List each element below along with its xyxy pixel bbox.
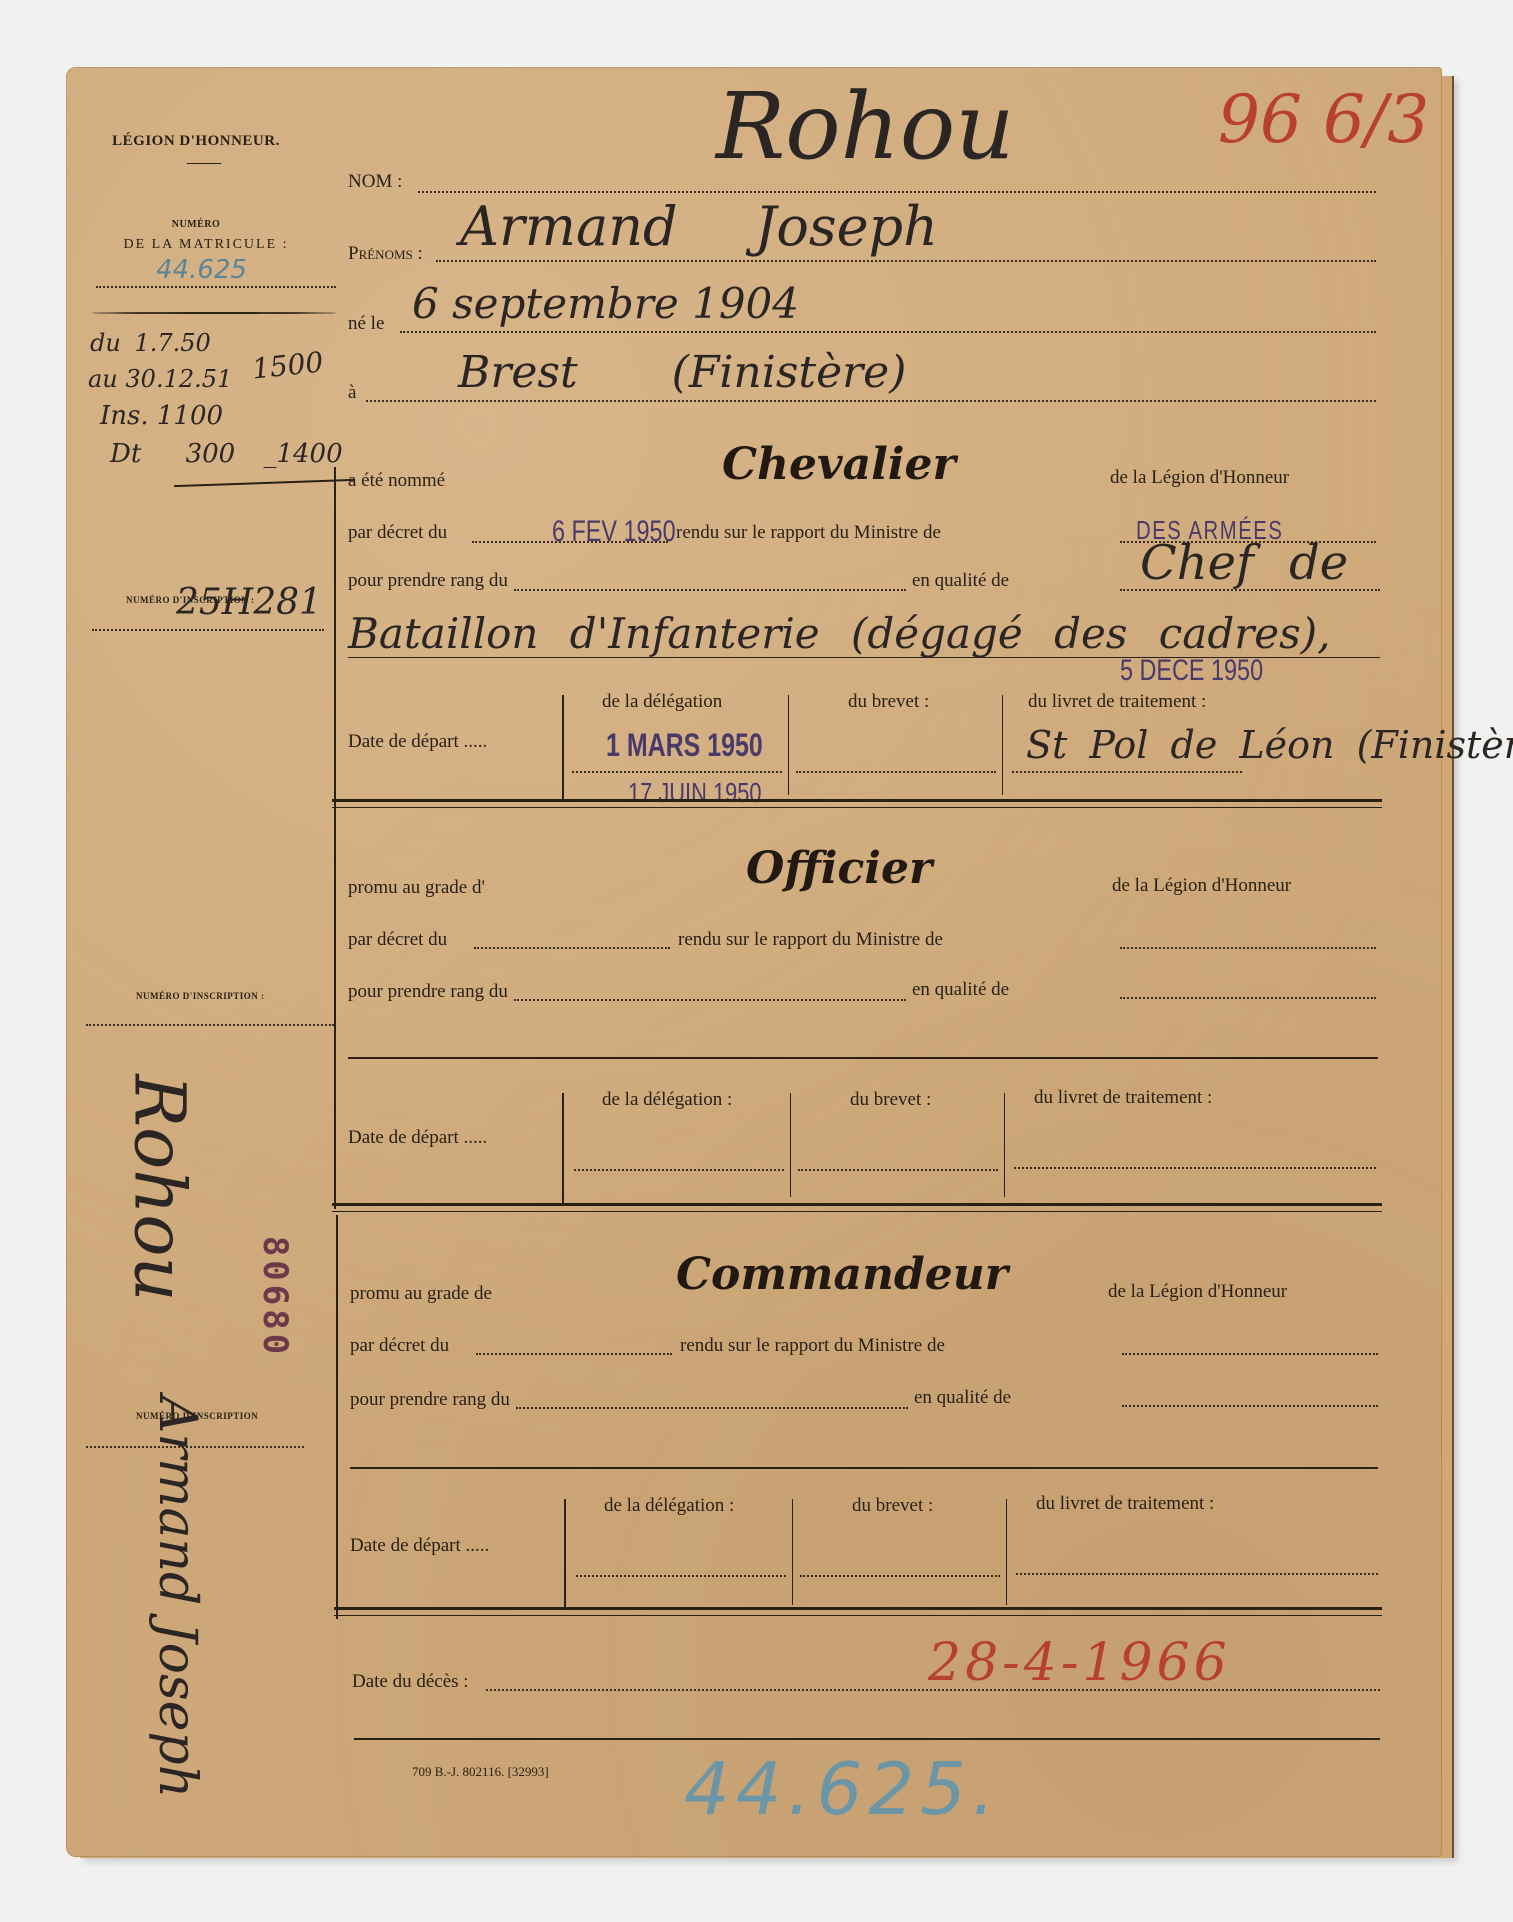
officier-rang-field[interactable] — [514, 999, 906, 1001]
chevalier-brevet-line — [796, 771, 996, 773]
vertical-surname: Rohou — [119, 1074, 201, 1301]
chevalier-section-rule — [332, 799, 1382, 808]
officier-grade-title: Officier — [746, 843, 932, 894]
chevalier-livret-label: du livret de traitement : — [1028, 691, 1206, 713]
chevalier-delegation-value: 1 MARS 1950 — [606, 727, 763, 764]
chevalier-qualite-label: en qualité de — [912, 570, 1009, 592]
officier-col-divider-2 — [1004, 1093, 1005, 1197]
header-rule — [187, 163, 221, 164]
chevalier-brevet-label: du brevet : — [848, 691, 929, 713]
chevalier-livret-line — [1012, 771, 1242, 773]
officier-section-rule — [332, 1203, 1382, 1212]
left-header-title: LÉGION D'HONNEUR. — [106, 133, 286, 150]
print-code: 709 B.-J. 802116. [32993] — [412, 1764, 549, 1780]
pension-note-line3: Ins. 1100 — [100, 401, 223, 431]
deces-label: Date du décès : — [352, 1671, 469, 1693]
commandeur-livret-field[interactable] — [1016, 1573, 1378, 1575]
matricule-line — [96, 286, 336, 288]
chevalier-bracket — [334, 467, 336, 819]
pension-note-line2-date: 30.12.51 — [125, 365, 232, 393]
chevalier-rang-label: pour prendre rang du — [348, 570, 508, 592]
chevalier-col-divider-2 — [1002, 695, 1003, 795]
commandeur-qualite-field[interactable] — [1122, 1405, 1378, 1407]
inscription-label-2: NUMÉRO D'INSCRIPTION : — [136, 991, 265, 1001]
prenoms-value: Armand Joseph — [460, 195, 938, 258]
numero-label: NUMÉRO — [106, 219, 286, 230]
officier-brevet-label: du brevet : — [850, 1089, 931, 1111]
chevalier-decret-label: par décret du — [348, 522, 447, 544]
officier-bracket — [334, 811, 336, 1209]
officier-decret-field[interactable] — [474, 947, 670, 949]
chevalier-grade-title: Chevalier — [722, 439, 956, 490]
chevalier-rapport-label: rendu sur le rapport du Ministre de — [676, 522, 941, 544]
commandeur-grade-title: Commandeur — [676, 1249, 1008, 1300]
commandeur-rapport-label: rendu sur le rapport du Ministre de — [680, 1335, 945, 1357]
pension-note-line1: du 1.7.50 — [90, 329, 211, 357]
vertical-stamp-number: 80680 — [255, 1236, 295, 1358]
commandeur-depart-label: Date de départ ..... — [350, 1535, 489, 1557]
a-value: Brest (Finistère) — [458, 347, 906, 398]
pension-note-line4-amount: 300 — [186, 439, 236, 469]
chevalier-suffix: de la Légion d'Honneur — [1110, 467, 1289, 489]
inscription-line-2 — [86, 1024, 334, 1026]
blue-matricule-number: 44.625. — [684, 1747, 1001, 1831]
prenoms-line — [436, 260, 1376, 262]
commandeur-extra-line — [350, 1467, 1378, 1469]
legion-honneur-record-card: LÉGION D'HONNEUR. NUMÉRO DE LA MATRICULE… — [66, 67, 1442, 1857]
pension-amount-1500: 1500 — [250, 345, 324, 385]
chevalier-rang-line — [514, 589, 906, 591]
commandeur-brevet-label: du brevet : — [852, 1495, 933, 1517]
commandeur-col-divider-2 — [1006, 1499, 1007, 1605]
pension-note-line1-prefix: du — [90, 329, 121, 357]
inscription-line-1 — [92, 629, 324, 631]
chevalier-extra-stamp: 5 DECE 1950 — [1120, 654, 1263, 688]
officier-delegation-field[interactable] — [574, 1169, 784, 1171]
nom-label: NOM : — [348, 171, 402, 193]
officier-livret-label: du livret de traitement : — [1034, 1087, 1212, 1109]
chevalier-depart-brace — [562, 695, 564, 801]
commandeur-rang-label: pour prendre rang du — [350, 1389, 510, 1411]
commandeur-decret-label: par décret du — [350, 1335, 449, 1357]
commandeur-decret-field[interactable] — [476, 1353, 672, 1355]
prenoms-label: Prénoms : — [348, 243, 423, 265]
chevalier-livret-value: St Pol de Léon (Finistère — [1026, 723, 1513, 767]
ne-le-value: 6 septembre 1904 — [412, 279, 799, 328]
commandeur-brevet-field[interactable] — [800, 1575, 1000, 1577]
commandeur-suffix: de la Légion d'Honneur — [1108, 1281, 1287, 1303]
chevalier-depart-label: Date de départ ..... — [348, 731, 487, 753]
a-line — [366, 400, 1376, 402]
matricule-value: 44.625 — [156, 255, 247, 285]
officier-qualite-field[interactable] — [1120, 997, 1376, 999]
nom-value: Rohou — [716, 73, 1015, 180]
ne-le-line — [400, 331, 1376, 333]
commandeur-delegation-label: de la délégation : — [604, 1495, 734, 1517]
pension-note-line4-prefix: Dt — [110, 439, 141, 469]
officier-depart-brace — [562, 1093, 564, 1203]
a-label: à — [348, 382, 356, 404]
chevalier-qualite-value: Chef de — [1140, 535, 1348, 591]
officier-col-divider-1 — [790, 1093, 791, 1197]
commandeur-rapport-field[interactable] — [1122, 1353, 1378, 1355]
reference-annotation: 96 6/3 — [1218, 81, 1429, 158]
commandeur-col-divider-1 — [792, 1499, 793, 1605]
commandeur-qualite-label: en qualité de — [914, 1387, 1011, 1409]
officier-livret-field[interactable] — [1014, 1167, 1376, 1169]
officier-extra-line — [348, 1057, 1378, 1059]
commandeur-rang-field[interactable] — [516, 1407, 908, 1409]
officier-suffix: de la Légion d'Honneur — [1112, 875, 1291, 897]
inscription-value-1: 25H281 — [176, 582, 322, 623]
commandeur-intro-label: promu au grade de — [350, 1283, 492, 1305]
officier-rapport-field[interactable] — [1120, 947, 1376, 949]
officier-intro-label: promu au grade d' — [348, 877, 485, 899]
pension-total-underline — [174, 479, 354, 487]
officier-brevet-field[interactable] — [798, 1169, 998, 1171]
chevalier-delegation-line — [572, 771, 782, 773]
officier-rapport-label: rendu sur le rapport du Ministre de — [678, 929, 943, 951]
chevalier-decret-value: 6 FEV 1950 — [552, 515, 676, 549]
commandeur-bracket — [336, 1215, 338, 1619]
ne-le-label: né le — [348, 313, 384, 335]
officier-decret-label: par décret du — [348, 929, 447, 951]
vertical-given-names: Armand Joseph — [147, 1396, 207, 1798]
officier-delegation-label: de la délégation : — [602, 1089, 732, 1111]
matricule-label: DE LA MATRICULE : — [106, 237, 306, 253]
chevalier-intro-label: a été nommé — [348, 470, 445, 492]
commandeur-delegation-field[interactable] — [576, 1575, 786, 1577]
nom-line — [418, 191, 1376, 193]
officier-qualite-label: en qualité de — [912, 979, 1009, 1001]
officier-rang-label: pour prendre rang du — [348, 981, 508, 1003]
ornamental-rule-top — [92, 312, 336, 314]
chevalier-qualite-continuation: Bataillon d'Infanterie (dégagé des cadre… — [348, 609, 1330, 658]
commandeur-section-rule — [334, 1607, 1382, 1616]
pension-note-line2-prefix: au — [88, 365, 118, 393]
pension-note-line2: au 30.12.51 — [88, 365, 232, 393]
officier-depart-label: Date de départ ..... — [348, 1127, 487, 1149]
pension-note-line4-total: _1400 — [263, 439, 342, 469]
chevalier-col-divider-1 — [788, 695, 789, 795]
deces-value: 28-4-1966 — [928, 1633, 1231, 1693]
chevalier-delegation-label: de la délégation — [602, 691, 722, 713]
commandeur-depart-brace — [564, 1499, 566, 1609]
pension-note-line1-date: 1.7.50 — [134, 329, 210, 357]
footer-rule — [354, 1738, 1380, 1740]
commandeur-livret-label: du livret de traitement : — [1036, 1493, 1214, 1515]
pension-note-line4: Dt 300 _1400 — [110, 439, 343, 469]
